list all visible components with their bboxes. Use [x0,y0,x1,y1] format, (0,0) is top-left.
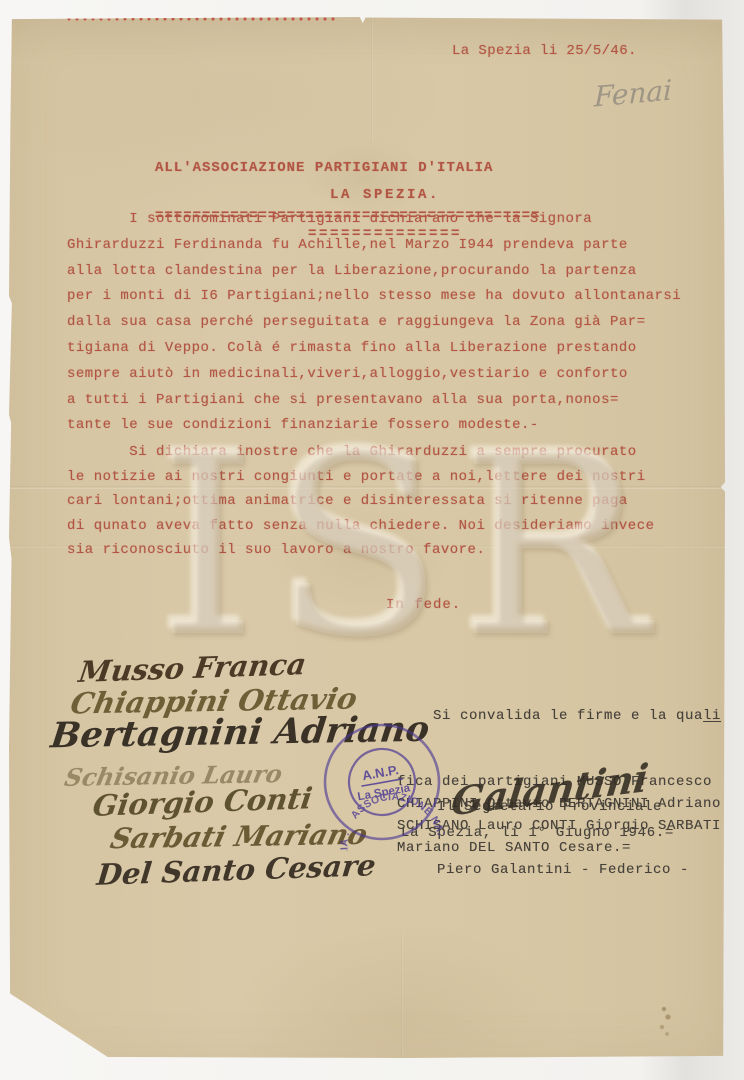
underlined-syllable: li [703,708,721,724]
body-text-line: di qunato aveva fatto senza nulla chiede… [67,514,655,539]
body-text-line: tante le sue condizioni finanziarie foss… [67,413,681,439]
body-text-line: Ghirarduzzi Ferdinanda fu Achille,nel Ma… [67,233,681,259]
letter-date-top: La Spezia li 25/5/46. [452,43,637,59]
body-text-line: sempre aiutò in medicinali,viveri,allogg… [67,362,681,388]
body-text-line: le notizie ai nostri congiunti e portate… [67,465,655,490]
body-paragraph-1: I sottonominati Partigiani dichiarano ch… [67,207,681,439]
pencil-annotation: Fenai [594,74,672,114]
handwritten-signature: Del Santo Cesare [95,848,377,892]
body-text-line: sia riconosciuto il suo lavoro a nostro … [67,538,655,563]
secretary-name: Piero Galantini - Federico - [437,860,689,881]
vertical-fold-crease-top [371,17,373,142]
stamp-graphic: ASSOCIAZIONE NAZIONALE PARTIGIANI D'ITAL… [310,710,454,854]
handwritten-signature: Giorgio Conti [91,781,315,823]
recipient-city-text: LA SPEZIA. [308,189,462,202]
body-text-line: cari lontani;ottima animatrice e disinte… [67,489,655,514]
body-paragraph-2: Si dichiara inostre che la Ghirarduzzi a… [67,440,655,563]
letter-paper-sheet: ISR La Spezia li 25/5/46. Fenai ALL'ASSO… [9,17,725,1058]
vertical-fold-crease-bottom [401,932,403,1058]
handwritten-signature: Schisanio Lauro [62,759,285,792]
signature-dotted-line-empty [67,17,335,21]
body-text-line: tigiana di Veppo. Colà é rimasta fino al… [67,336,681,362]
handwritten-signature: Chiappini Ottavio [68,681,360,720]
closing-formula: In fede. [386,597,461,613]
body-text-line: per i monti di I6 Partigiani;nello stess… [67,284,681,310]
anp-round-stamp: ASSOCIAZIONE NAZIONALE PARTIGIANI D'ITAL… [310,710,454,854]
body-text-line: a tutti i Partigiani che si presentavano… [67,388,681,414]
handwritten-signature: Musso Franca [77,647,309,689]
body-text-line: alla lotta clandestina per la Liberazion… [67,259,681,285]
validation-line: Si convalida le firme e la quali [397,705,721,727]
scanned-document-page: ISR La Spezia li 25/5/46. Fenai ALL'ASSO… [0,0,744,1080]
body-text-line: I sottonominati Partigiani dichiarano ch… [67,207,681,233]
body-text-line: Si dichiara inostre che la Ghirarduzzi a… [67,440,655,465]
ink-speck-mark [657,1003,675,1039]
body-text-line: dalla sua casa perché perseguitata e rag… [67,310,681,336]
